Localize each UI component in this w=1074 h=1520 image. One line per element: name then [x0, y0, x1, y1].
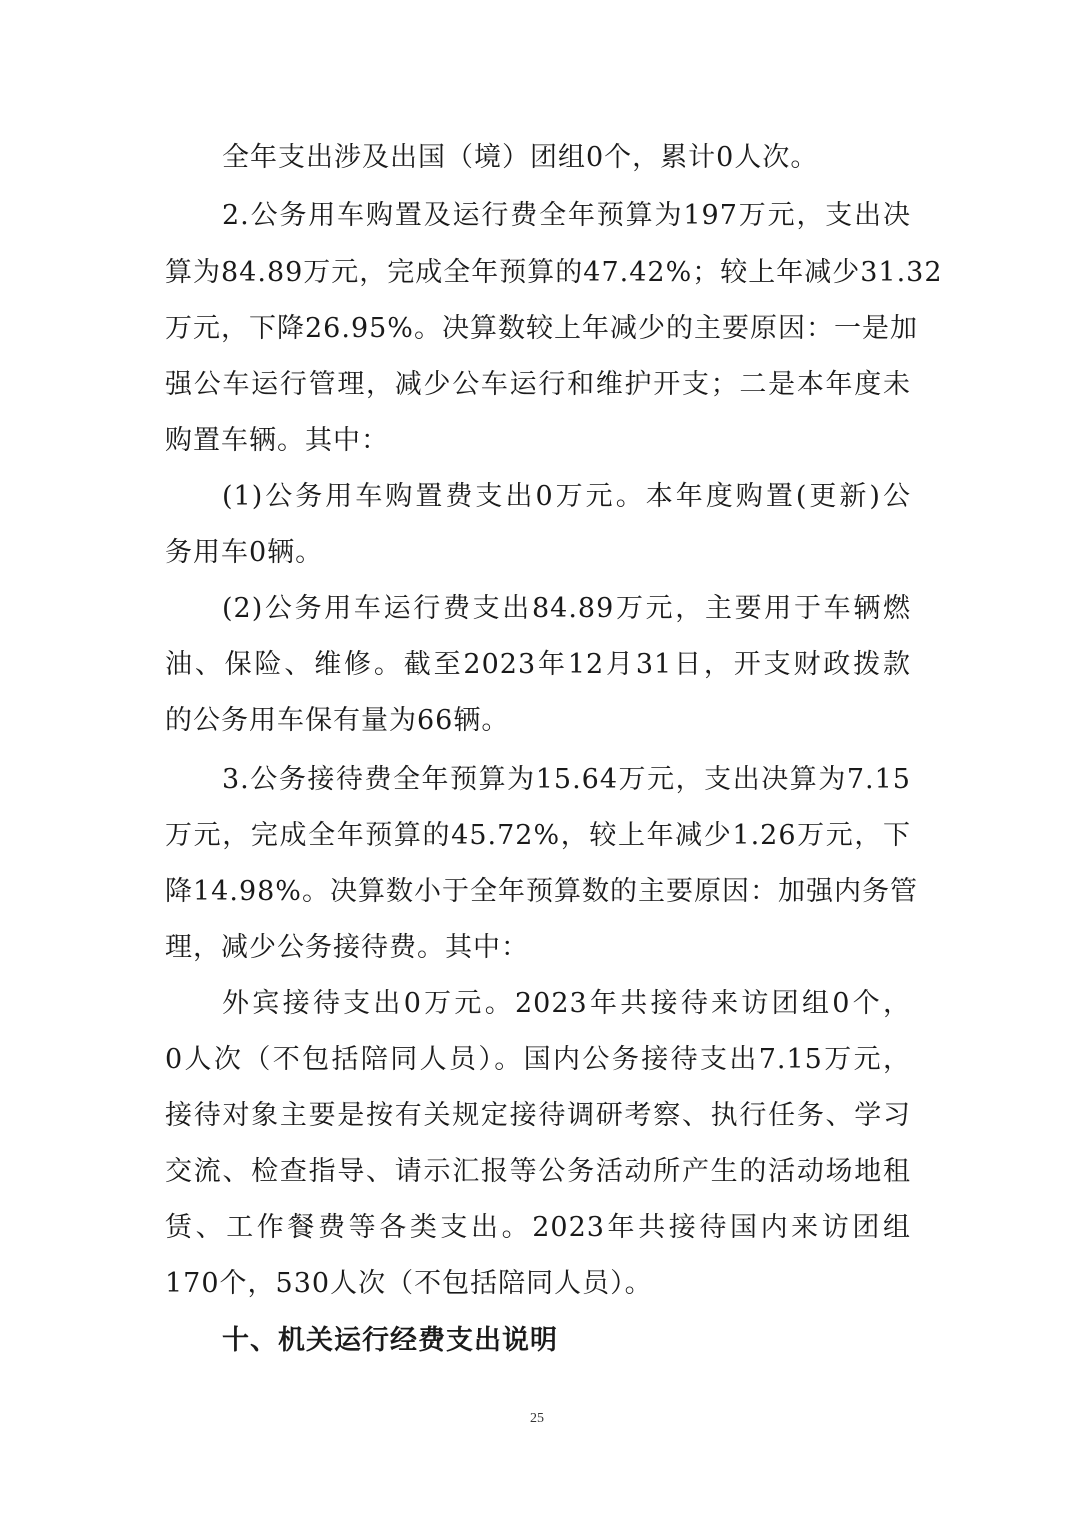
paragraph-line: (1)公务用车购置费支出0万元。本年度购置(更新)公 [222, 480, 911, 514]
document-page: 全年支出涉及出国（境）团组0个，累计0人次。 2.公务用车购置及运行费全年预算为… [0, 0, 1074, 1520]
page-number: 25 [0, 1411, 1074, 1427]
paragraph-line: 购置车辆。其中： [165, 424, 911, 458]
paragraph-line: 接待对象主要是按有关规定接待调研考察、执行任务、学习 [165, 1099, 911, 1133]
paragraph-line: 强公车运行管理，减少公车运行和维护开支；二是本年度未 [165, 368, 911, 402]
paragraph-line: 赁、工作餐费等各类支出。2023年共接待国内来访团组 [165, 1211, 911, 1245]
paragraph-line: (2)公务用车运行费支出84.89万元，主要用于车辆燃 [222, 592, 911, 626]
paragraph-line: 降14.98%。决算数小于全年预算数的主要原因：加强内务管 [165, 875, 911, 909]
paragraph-line: 2.公务用车购置及运行费全年预算为197万元，支出决 [222, 199, 911, 233]
paragraph-line: 万元，下降26.95%。决算数较上年减少的主要原因：一是加 [165, 312, 911, 346]
paragraph-line: 170个，530人次（不包括陪同人员）。 [165, 1267, 911, 1301]
paragraph-line: 的公务用车保有量为66辆。 [165, 704, 911, 738]
paragraph-line: 理，减少公务接待费。其中： [165, 931, 911, 965]
section-heading: 十、机关运行经费支出说明 [222, 1324, 558, 1358]
paragraph-line: 万元，完成全年预算的45.72%，较上年减少1.26万元，下 [165, 819, 911, 853]
paragraph-line: 3.公务接待费全年预算为15.64万元，支出决算为7.15 [222, 763, 911, 797]
paragraph-line: 油、保险、维修。截至2023年12月31日，开支财政拨款 [165, 648, 911, 682]
paragraph-line: 0人次（不包括陪同人员）。国内公务接待支出7.15万元， [165, 1043, 911, 1077]
paragraph-line: 全年支出涉及出国（境）团组0个，累计0人次。 [222, 141, 911, 175]
paragraph-line: 交流、检查指导、请示汇报等公务活动所产生的活动场地租 [165, 1155, 911, 1189]
paragraph-line: 外宾接待支出0万元。2023年共接待来访团组0个， [222, 987, 911, 1021]
paragraph-line: 务用车0辆。 [165, 536, 911, 570]
paragraph-line: 算为84.89万元，完成全年预算的47.42%；较上年减少31.32 [165, 256, 911, 290]
